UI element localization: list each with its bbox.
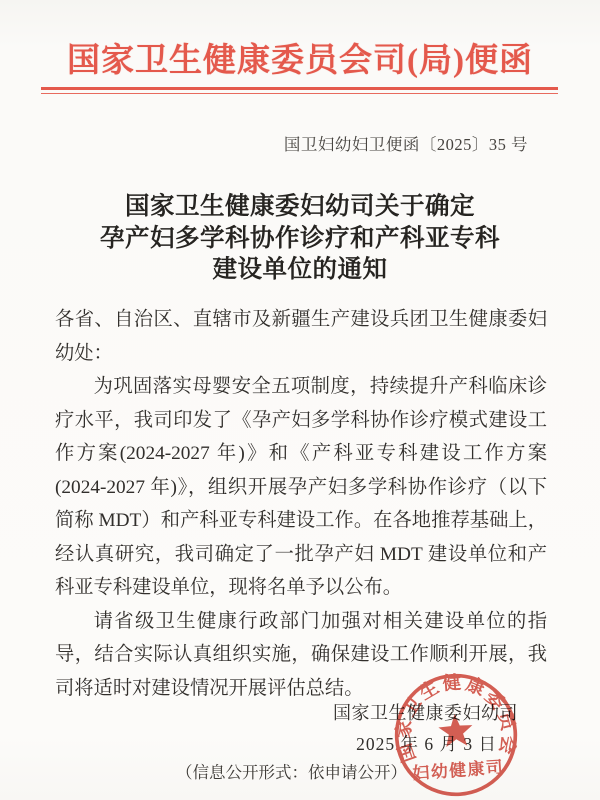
letterhead-title: 国家卫生健康委员会司(局)便函 (0, 34, 600, 81)
salutation: 各省、自治区、直辖市及新疆生产建设兵团卫生健康委妇幼处： (55, 303, 547, 370)
document-body: 各省、自治区、直辖市及新疆生产建设兵团卫生健康委妇幼处： 为巩固落实母婴安全五项… (55, 303, 547, 705)
disclosure-note: （信息公开形式：依申请公开） (176, 759, 407, 783)
paragraph-1: 为巩固落实母婴安全五项制度，持续提升产科临床诊疗水平，我司印发了《孕产妇多学科协… (55, 370, 547, 605)
title-line-2: 孕产妇多学科协作诊疗和产科亚专科 (0, 223, 600, 255)
signature-date: 2025 年 6 月 3 日 (356, 731, 497, 756)
letterhead-divider (41, 87, 558, 94)
signature-organization: 国家卫生健康委妇幼司 (333, 699, 518, 725)
document-title: 国家卫生健康委妇幼司关于确定 孕产妇多学科协作诊疗和产科亚专科 建设单位的通知 (0, 191, 600, 286)
paragraph-2: 请省级卫生健康行政部门加强对相关建设单位的指导，结合实际认真组织实施，确保建设工… (55, 605, 547, 706)
title-line-1: 国家卫生健康委妇幼司关于确定 (0, 191, 600, 223)
document-page: 国家卫生健康委员会司(局)便函 国卫妇幼妇卫便函〔2025〕35 号 国家卫生健… (0, 0, 600, 800)
seal-bottom-text: 妇幼健康司 (412, 757, 505, 783)
document-number: 国卫妇幼妇卫便函〔2025〕35 号 (284, 131, 528, 155)
title-line-3: 建设单位的通知 (0, 254, 600, 286)
